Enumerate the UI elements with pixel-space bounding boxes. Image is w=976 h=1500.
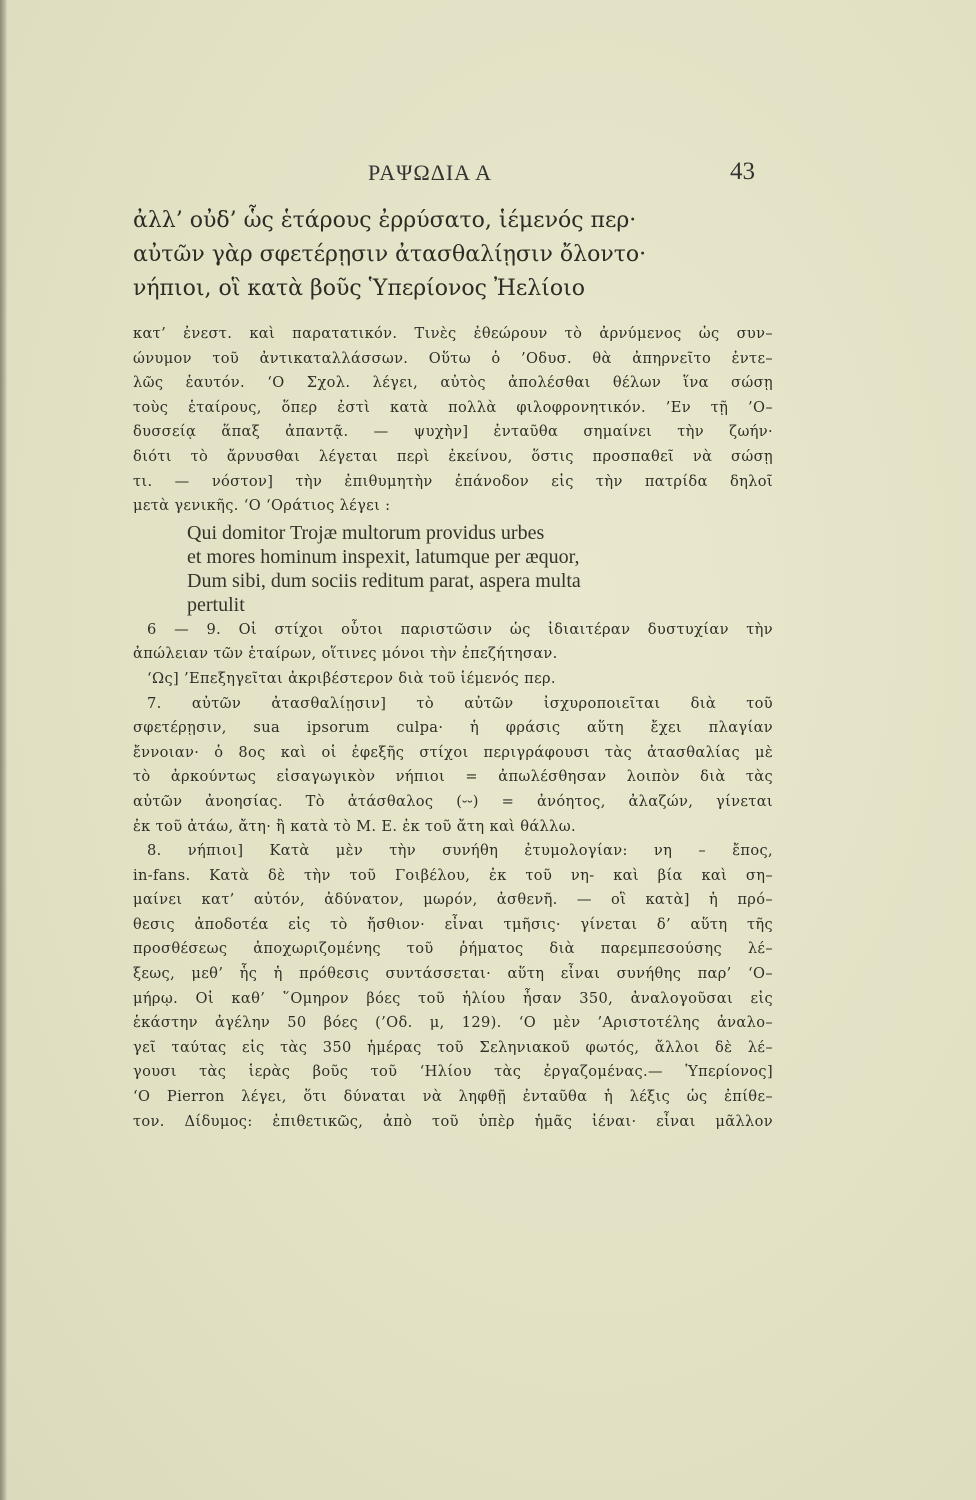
note-7: 7. αὐτῶν ἀτασθαλίῃσιν] τὸ αὐτῶν ἰσχυροπο… — [133, 692, 773, 717]
commentary-line: κατ’ ἐνεστ. καὶ παρατατικόν. Τινὲς ἐθεώρ… — [133, 322, 773, 347]
commentary-line: μήρῳ. Οἱ καθ’ ῞Ομηρον βόες τοῦ ἡλίου ἦσα… — [133, 987, 773, 1012]
note-os: ‘Ως] ’Επεξηγεῖται ἀκριβέστερον διὰ τοῦ ἱ… — [133, 667, 773, 692]
running-title: ΡΑΨΩΔΙΑ Α — [368, 160, 492, 186]
commentary-line: διότι τὸ ἄρνυσθαι λέγεται περὶ ἐκείνου, … — [133, 445, 773, 470]
commentary-line: προσθέσεως ἀποχωριζομένης τοῦ ῥήματος δι… — [133, 937, 773, 962]
verse-block: ἀλλ’ οὐδ’ ὧς ἑτάρους ἐρρύσατο, ἱέμενός π… — [133, 204, 773, 306]
commentary-line: τοὺς ἑταίρους, ὅπερ ἐστὶ κατὰ πολλὰ φιλο… — [133, 396, 773, 421]
commentary-line: ἐκ τοῦ ἀτάω, ἄτη· ἢ κατὰ τὸ Μ. Ε. ἐκ τοῦ… — [133, 815, 773, 840]
commentary-line: ώνυμον τοῦ ἀντικαταλλάσσων. Οὕτω ὁ ’Οδυσ… — [133, 347, 773, 372]
note-8: 8. νήπιοι] Κατὰ μὲν τὴν συνήθη ἐτυμολογί… — [133, 839, 773, 864]
commentary-line: τὸ ἀρκούντως εἰσαγωγικὸν νήπιοι = ἀπωλέσ… — [133, 765, 773, 790]
note-6-9: 6 — 9. Οἱ στίχοι οὗτοι παριστῶσιν ὡς ἰδι… — [133, 618, 773, 643]
latin-line: et mores hominum inspexit, latumque per … — [187, 545, 773, 569]
latin-line: Dum sibi, dum sociis reditum parat, aspe… — [187, 569, 773, 593]
latin-line: Qui domitor Trojæ multorum providus urbe… — [187, 521, 773, 545]
commentary-line: λῶς ἑαυτόν. ‘Ο Σχολ. λέγει, αὐτὸς ἀπολέσ… — [133, 371, 773, 396]
commentary: κατ’ ἐνεστ. καὶ παρατατικόν. Τινὲς ἐθεώρ… — [133, 322, 773, 1134]
commentary-line: αὐτῶν ἀνοησίας. Τὸ ἀτάσθαλος (⏑⏑) = ἀνόη… — [133, 790, 773, 815]
verse-line: αὐτῶν γὰρ σφετέρῃσιν ἀτασθαλίῃσιν ὄλοντο… — [133, 238, 773, 272]
page-number: 43 — [730, 158, 755, 186]
commentary-line: τον. Δίδυμος: ἐπιθετικῶς, ἀπὸ τοῦ ὑπὲρ ἡ… — [133, 1110, 773, 1135]
commentary-line: μαίνει κατ’ αὐτόν, ἀδύνατον, μωρόν, ἀσθε… — [133, 888, 773, 913]
commentary-line: δυσσείᾳ ἅπαξ ἀπαντᾷ. — ψυχὴν] ἐνταῦθα ση… — [133, 420, 773, 445]
commentary-line: ξεως, μεθ’ ἧς ἡ πρόθεσις συντάσσεται· αὕ… — [133, 962, 773, 987]
commentary-line: ἑκάστην ἀγέλην 50 βόες (’Οδ. μ, 129). ‘Ο… — [133, 1011, 773, 1036]
binding-edge — [0, 0, 7, 1500]
latin-quotation: Qui domitor Trojæ multorum providus urbe… — [133, 521, 773, 617]
commentary-line: σφετέρῃσιν, sua ipsorum culpa· ἡ φράσις … — [133, 716, 773, 741]
commentary-line: μετὰ γενικῆς. ‘Ο ‘Οράτιος λέγει : — [133, 494, 773, 519]
commentary-line: in-fans. Κατὰ δὲ τὴν τοῦ Γοιβέλου, ἐκ το… — [133, 864, 773, 889]
commentary-line: θεσις ἀποδοτέα εἰς τὸ ἤσθιον· εἶναι τμῆσ… — [133, 913, 773, 938]
commentary-line: τι. — νόστον] τὴν ἐπιθυμητὴν ἐπάνοδον εἰ… — [133, 470, 773, 495]
commentary-line: γεῖ ταύτας εἰς τὰς 350 ἡμέρας τοῦ Σεληνι… — [133, 1036, 773, 1061]
commentary-line: ‘Ο Pierron λέγει, ὅτι δύναται νὰ ληφθῇ ἐ… — [133, 1085, 773, 1110]
verse-line: ἀλλ’ οὐδ’ ὧς ἑτάρους ἐρρύσατο, ἱέμενός π… — [133, 204, 773, 238]
running-head: ΡΑΨΩΔΙΑ Α 43 — [0, 160, 976, 190]
commentary-line: γουσι τὰς ἱερὰς βοῦς τοῦ ‘Ηλίου τὰς ἐργα… — [133, 1060, 773, 1085]
commentary-line: ἀπώλειαν τῶν ἑταίρων, οἵτινες μόνοι τὴν … — [133, 642, 773, 667]
commentary-line: ἔννοιαν· ὁ 8ος καὶ οἱ ἐφεξῆς στίχοι περι… — [133, 741, 773, 766]
book-page: ΡΑΨΩΔΙΑ Α 43 ἀλλ’ οὐδ’ ὧς ἑτάρους ἐρρύσα… — [0, 0, 976, 1500]
verse-line: νήπιοι, οἳ κατὰ βοῦς Ὑπερίονος Ἠελίοιο — [133, 272, 773, 306]
latin-line: pertulit — [187, 593, 773, 617]
